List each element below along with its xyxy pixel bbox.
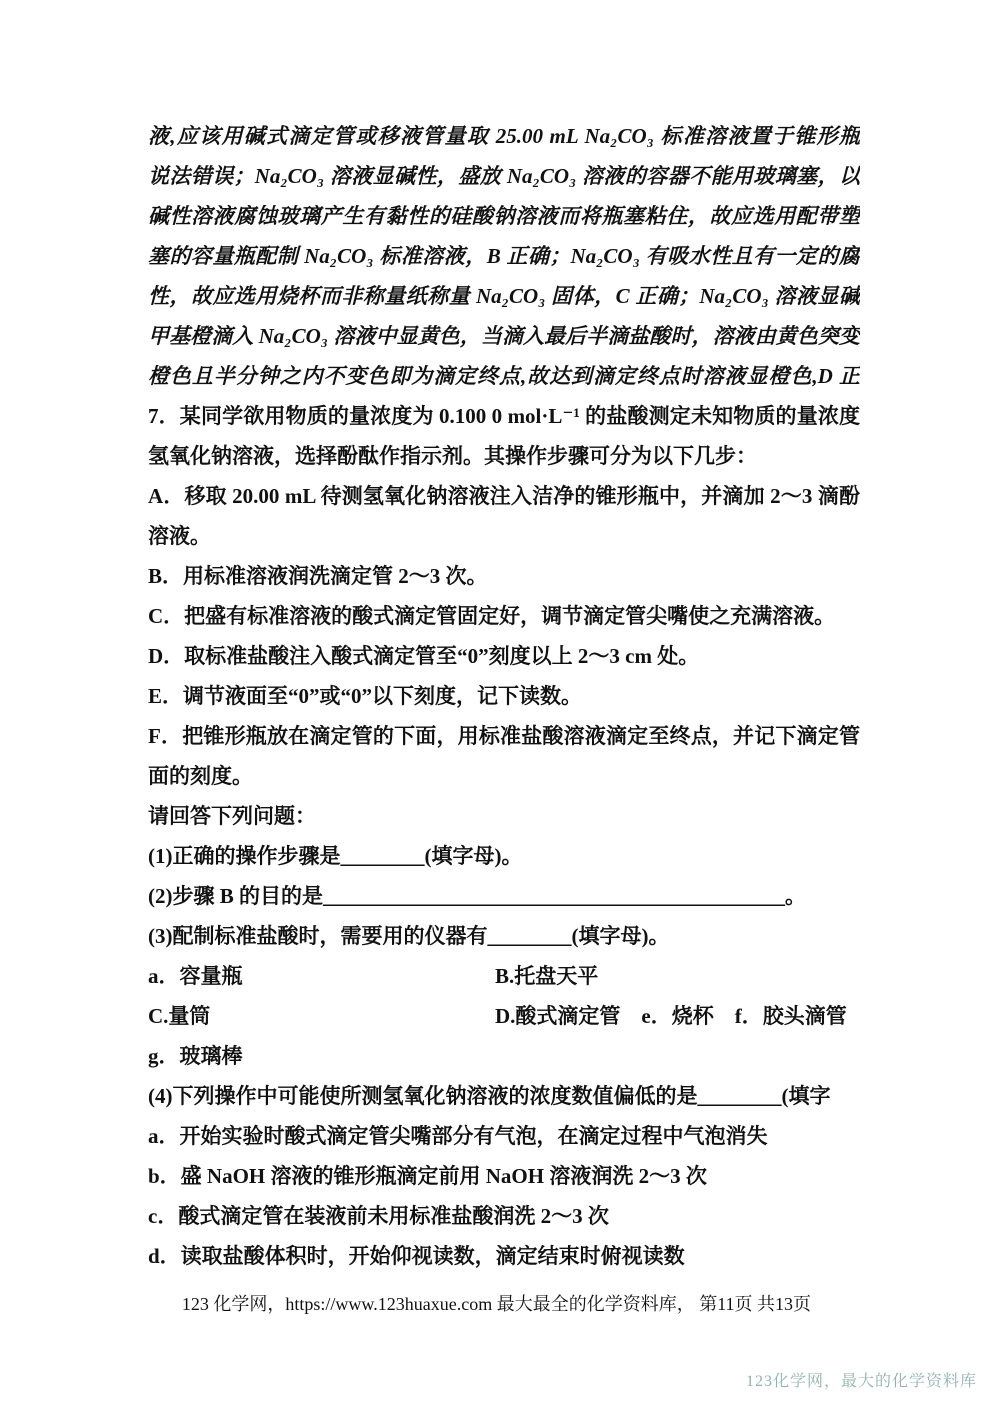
step-line-E: E．调节液面至“0”或“0”以下刻度，记下读数。 [148,676,860,716]
equipment-row: C.量筒 D.酸式滴定管 e．烧杯 f．胶头滴管 [148,996,860,1036]
step-line-A: A．移取 20.00 mL 待测氢氧化钠溶液注入洁净的锥形瓶中，并滴加 2～3 … [148,476,860,516]
equipment-row: a．容量瓶 B.托盘天平 [148,956,860,996]
step-line-C: C．把盛有标准溶液的酸式滴定管固定好，调节滴定管尖嘴使之充满溶液。 [148,596,860,636]
step-line-F: F．把锥形瓶放在滴定管的下面，用标准盐酸溶液滴定至终点，并记下滴定管液 [148,716,860,756]
document-page: 液,应该用碱式滴定管或移液管量取 25.00 mL Na₂CO₃ 标准溶液置于锥… [0,0,993,1404]
page-footer: 123 化学网，https://www.123huaxue.com 最大最全的化… [0,1292,993,1316]
equipment-option-C: C.量筒 [148,996,495,1036]
explanation-line: 甲基橙滴入 Na₂CO₃ 溶液中显黄色，当滴入最后半滴盐酸时，溶液由黄色突变为 [148,316,860,356]
step-line-D: D．取标准盐酸注入酸式滴定管至“0”刻度以上 2～3 cm 处。 [148,636,860,676]
answer-prompt: 请回答下列问题： [148,796,860,836]
step-line-F-cont: 面的刻度。 [148,756,860,796]
equipment-options-D-e-f: D.酸式滴定管 e．烧杯 f．胶头滴管 [495,996,860,1036]
sub-question-1: (1)正确的操作步骤是________(填字母)。 [148,836,860,876]
option-4d: d．读取盐酸体积时，开始仰视读数，滴定结束时俯视读数 [148,1236,860,1276]
sub-question-4: (4)下列操作中可能使所测氢氧化钠溶液的浓度数值偏低的是________(填字母… [148,1076,860,1116]
question-stem-line: 氢氧化钠溶液，选择酚酞作指示剂。其操作步骤可分为以下几步： [148,436,860,476]
option-4a: a．开始实验时酸式滴定管尖嘴部分有气泡，在滴定过程中气泡消失 [148,1116,860,1156]
site-watermark: 123化学网，最大的化学资料库 [746,1368,977,1391]
explanation-line: 橙色且半分钟之内不变色即为滴定终点,故达到滴定终点时溶液显橙色,D 正确。 [148,356,860,396]
equipment-option-a: a．容量瓶 [148,956,495,996]
explanation-line: 液,应该用碱式滴定管或移液管量取 25.00 mL Na₂CO₃ 标准溶液置于锥… [148,116,860,156]
question-stem-line: 7．某同学欲用物质的量浓度为 0.100 0 mol·L⁻¹ 的盐酸测定未知物质… [148,396,860,436]
sub-question-3: (3)配制标准盐酸时，需要用的仪器有________(填字母)。 [148,916,860,956]
option-4b: b．盛 NaOH 溶液的锥形瓶滴定前用 NaOH 溶液润洗 2～3 次 [148,1156,860,1196]
explanation-line: 塞的容量瓶配制 Na₂CO₃ 标准溶液，B 正确；Na₂CO₃ 有吸水性且有一定… [148,236,860,276]
explanation-line: 性，故应选用烧杯而非称量纸称量 Na₂CO₃ 固体，C 正确；Na₂CO₃ 溶液… [148,276,860,316]
option-4c: c．酸式滴定管在装液前未用标准盐酸润洗 2～3 次 [148,1196,860,1236]
step-line-B: B．用标准溶液润洗滴定管 2～3 次。 [148,556,860,596]
explanation-line: 说法错误；Na₂CO₃ 溶液显碱性，盛放 Na₂CO₃ 溶液的容器不能用玻璃塞，… [148,156,860,196]
document-body: 液,应该用碱式滴定管或移液管量取 25.00 mL Na₂CO₃ 标准溶液置于锥… [148,116,860,1276]
equipment-option-g: g．玻璃棒 [148,1036,860,1076]
explanation-line: 碱性溶液腐蚀玻璃产生有黏性的硅酸钠溶液而将瓶塞粘住，故应选用配带塑料 [148,196,860,236]
equipment-option-B: B.托盘天平 [495,956,860,996]
step-line-A-cont: 溶液。 [148,516,860,556]
sub-question-2: (2)步骤 B 的目的是____________________________… [148,876,860,916]
